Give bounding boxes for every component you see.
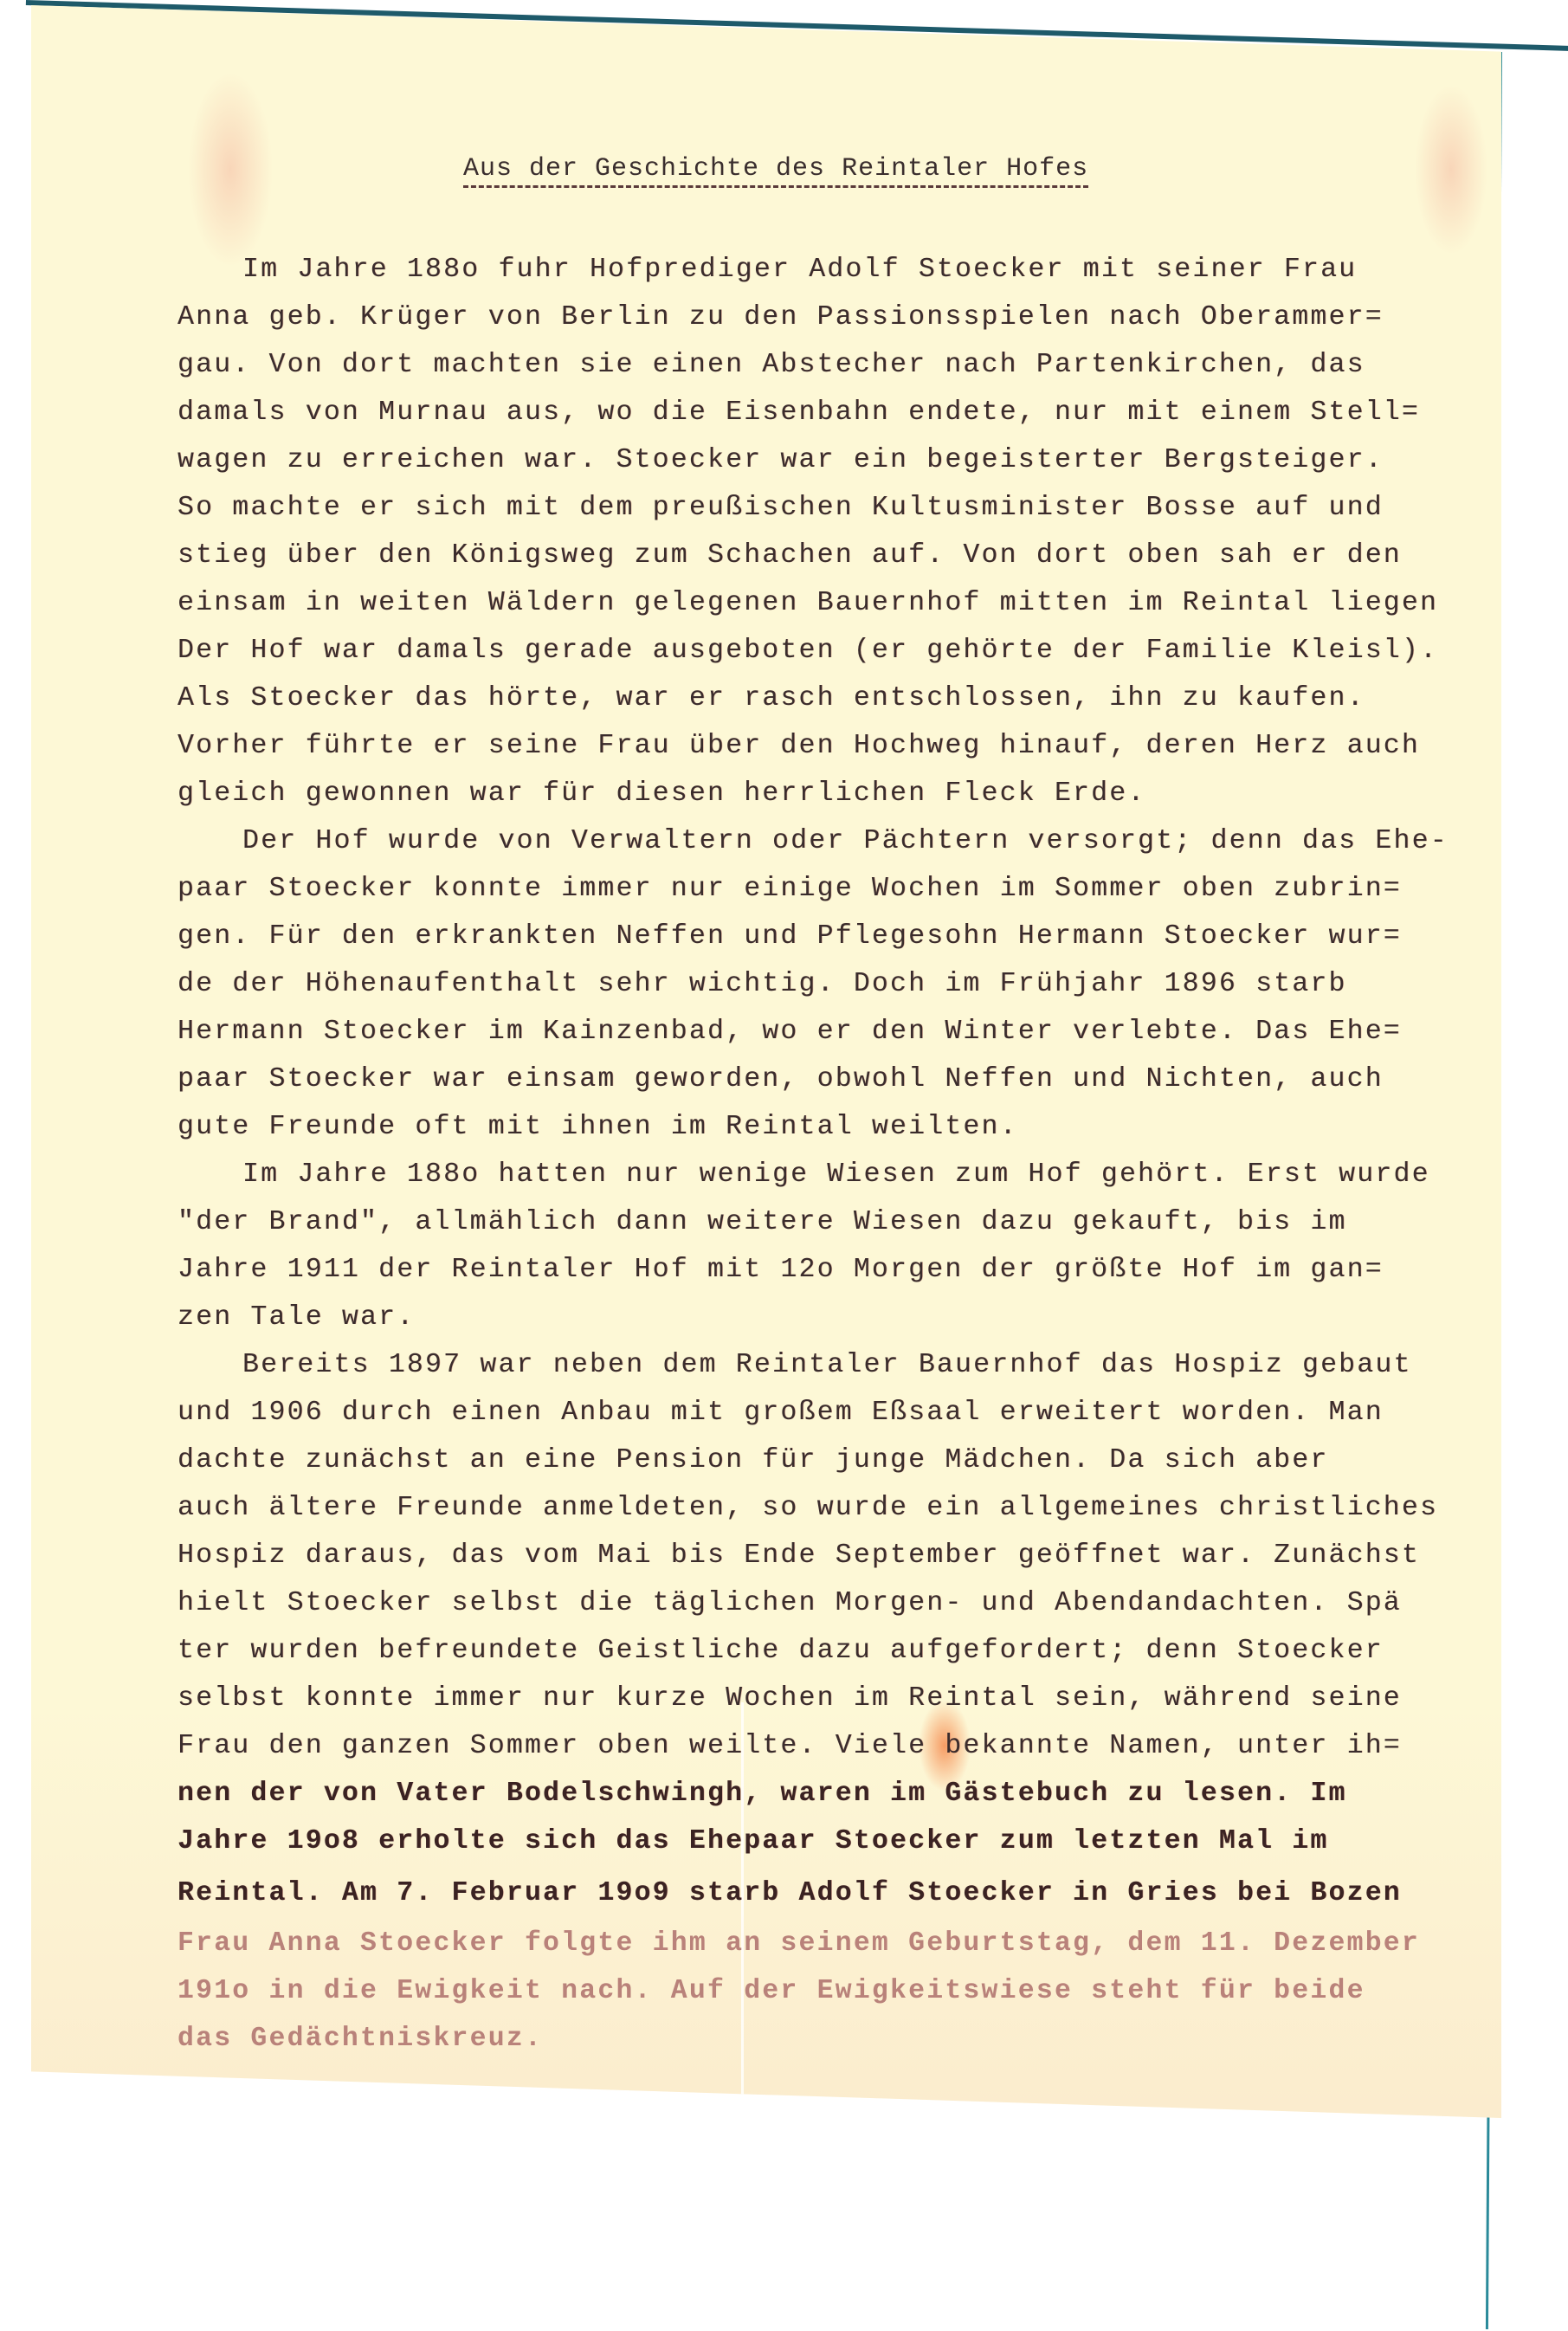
- text-line: Hermann Stoecker im Kainzenbad, wo er de…: [177, 1015, 1402, 1049]
- text-line: ter wurden befreundete Geistliche dazu a…: [177, 1634, 1384, 1669]
- text-line: zen Tale war.: [177, 1301, 415, 1335]
- text-line: Jahre 19o8 erholte sich das Ehepaar Stoe…: [177, 1824, 1329, 1859]
- text-line: "der Brand", allmählich dann weitere Wie…: [177, 1205, 1347, 1240]
- text-line: 191o in die Ewigkeit nach. Auf der Ewigk…: [177, 1974, 1365, 2009]
- text-line: selbst konnte immer nur kurze Wochen im …: [177, 1682, 1402, 1716]
- text-line: Frau den ganzen Sommer oben weilte. Viel…: [177, 1729, 1402, 1764]
- text-line: einsam in weiten Wäldern gelegenen Bauer…: [177, 586, 1438, 621]
- text-line: wagen zu erreichen war. Stoecker war ein…: [177, 443, 1384, 478]
- text-line: dachte zunächst an eine Pension für jung…: [177, 1443, 1329, 1478]
- text-line: das Gedächtniskreuz.: [177, 2022, 543, 2057]
- text-line: gleich gewonnen war für diesen herrliche…: [177, 777, 1145, 811]
- text-line: paar Stoecker konnte immer nur einige Wo…: [177, 872, 1402, 907]
- text-line: Der Hof wurde von Verwaltern oder Pächte…: [242, 824, 1449, 859]
- text-line: paar Stoecker war einsam geworden, obwoh…: [177, 1062, 1384, 1097]
- text-line: gen. Für den erkrankten Neffen und Pfleg…: [177, 920, 1402, 954]
- text-line: damals von Murnau aus, wo die Eisenbahn …: [177, 396, 1420, 430]
- text-line: Hospiz daraus, das vom Mai bis Ende Sept…: [177, 1539, 1420, 1573]
- text-line: auch ältere Freunde anmeldeten, so wurde…: [177, 1491, 1438, 1526]
- text-line: nen der von Vater Bodelschwingh, waren i…: [177, 1777, 1347, 1811]
- text-line: gute Freunde oft mit ihnen im Reintal we…: [177, 1110, 1018, 1145]
- text-line: Vorher führte er seine Frau über den Hoc…: [177, 729, 1420, 764]
- text-line: Im Jahre 188o fuhr Hofprediger Adolf Sto…: [242, 253, 1357, 287]
- text-line: Jahre 1911 der Reintaler Hof mit 12o Mor…: [177, 1253, 1384, 1288]
- text-line: Anna geb. Krüger von Berlin zu den Passi…: [177, 300, 1384, 335]
- text-line: Frau Anna Stoecker folgte ihm an seinem …: [177, 1927, 1420, 1961]
- text-line: Als Stoecker das hörte, war er rasch ent…: [177, 681, 1365, 716]
- text-line: und 1906 durch einen Anbau mit großem Eß…: [177, 1396, 1384, 1430]
- text-line: gau. Von dort machten sie einen Absteche…: [177, 348, 1365, 383]
- text-line: So machte er sich mit dem preußischen Ku…: [177, 491, 1384, 526]
- text-line: hielt Stoecker selbst die täglichen Morg…: [177, 1586, 1402, 1621]
- text-line: stieg über den Königsweg zum Schachen au…: [177, 539, 1402, 573]
- text-line: Reintal. Am 7. Februar 19o9 starb Adolf …: [177, 1876, 1402, 1911]
- text-line: Bereits 1897 war neben dem Reintaler Bau…: [242, 1348, 1412, 1383]
- text-line: Im Jahre 188o hatten nur wenige Wiesen z…: [242, 1158, 1430, 1192]
- text-line: Der Hof war damals gerade ausgeboten (er…: [177, 634, 1438, 668]
- document-title: Aus der Geschichte des Reintaler Hofes: [463, 154, 1088, 188]
- text-line: de der Höhenaufenthalt sehr wichtig. Doc…: [177, 967, 1347, 1002]
